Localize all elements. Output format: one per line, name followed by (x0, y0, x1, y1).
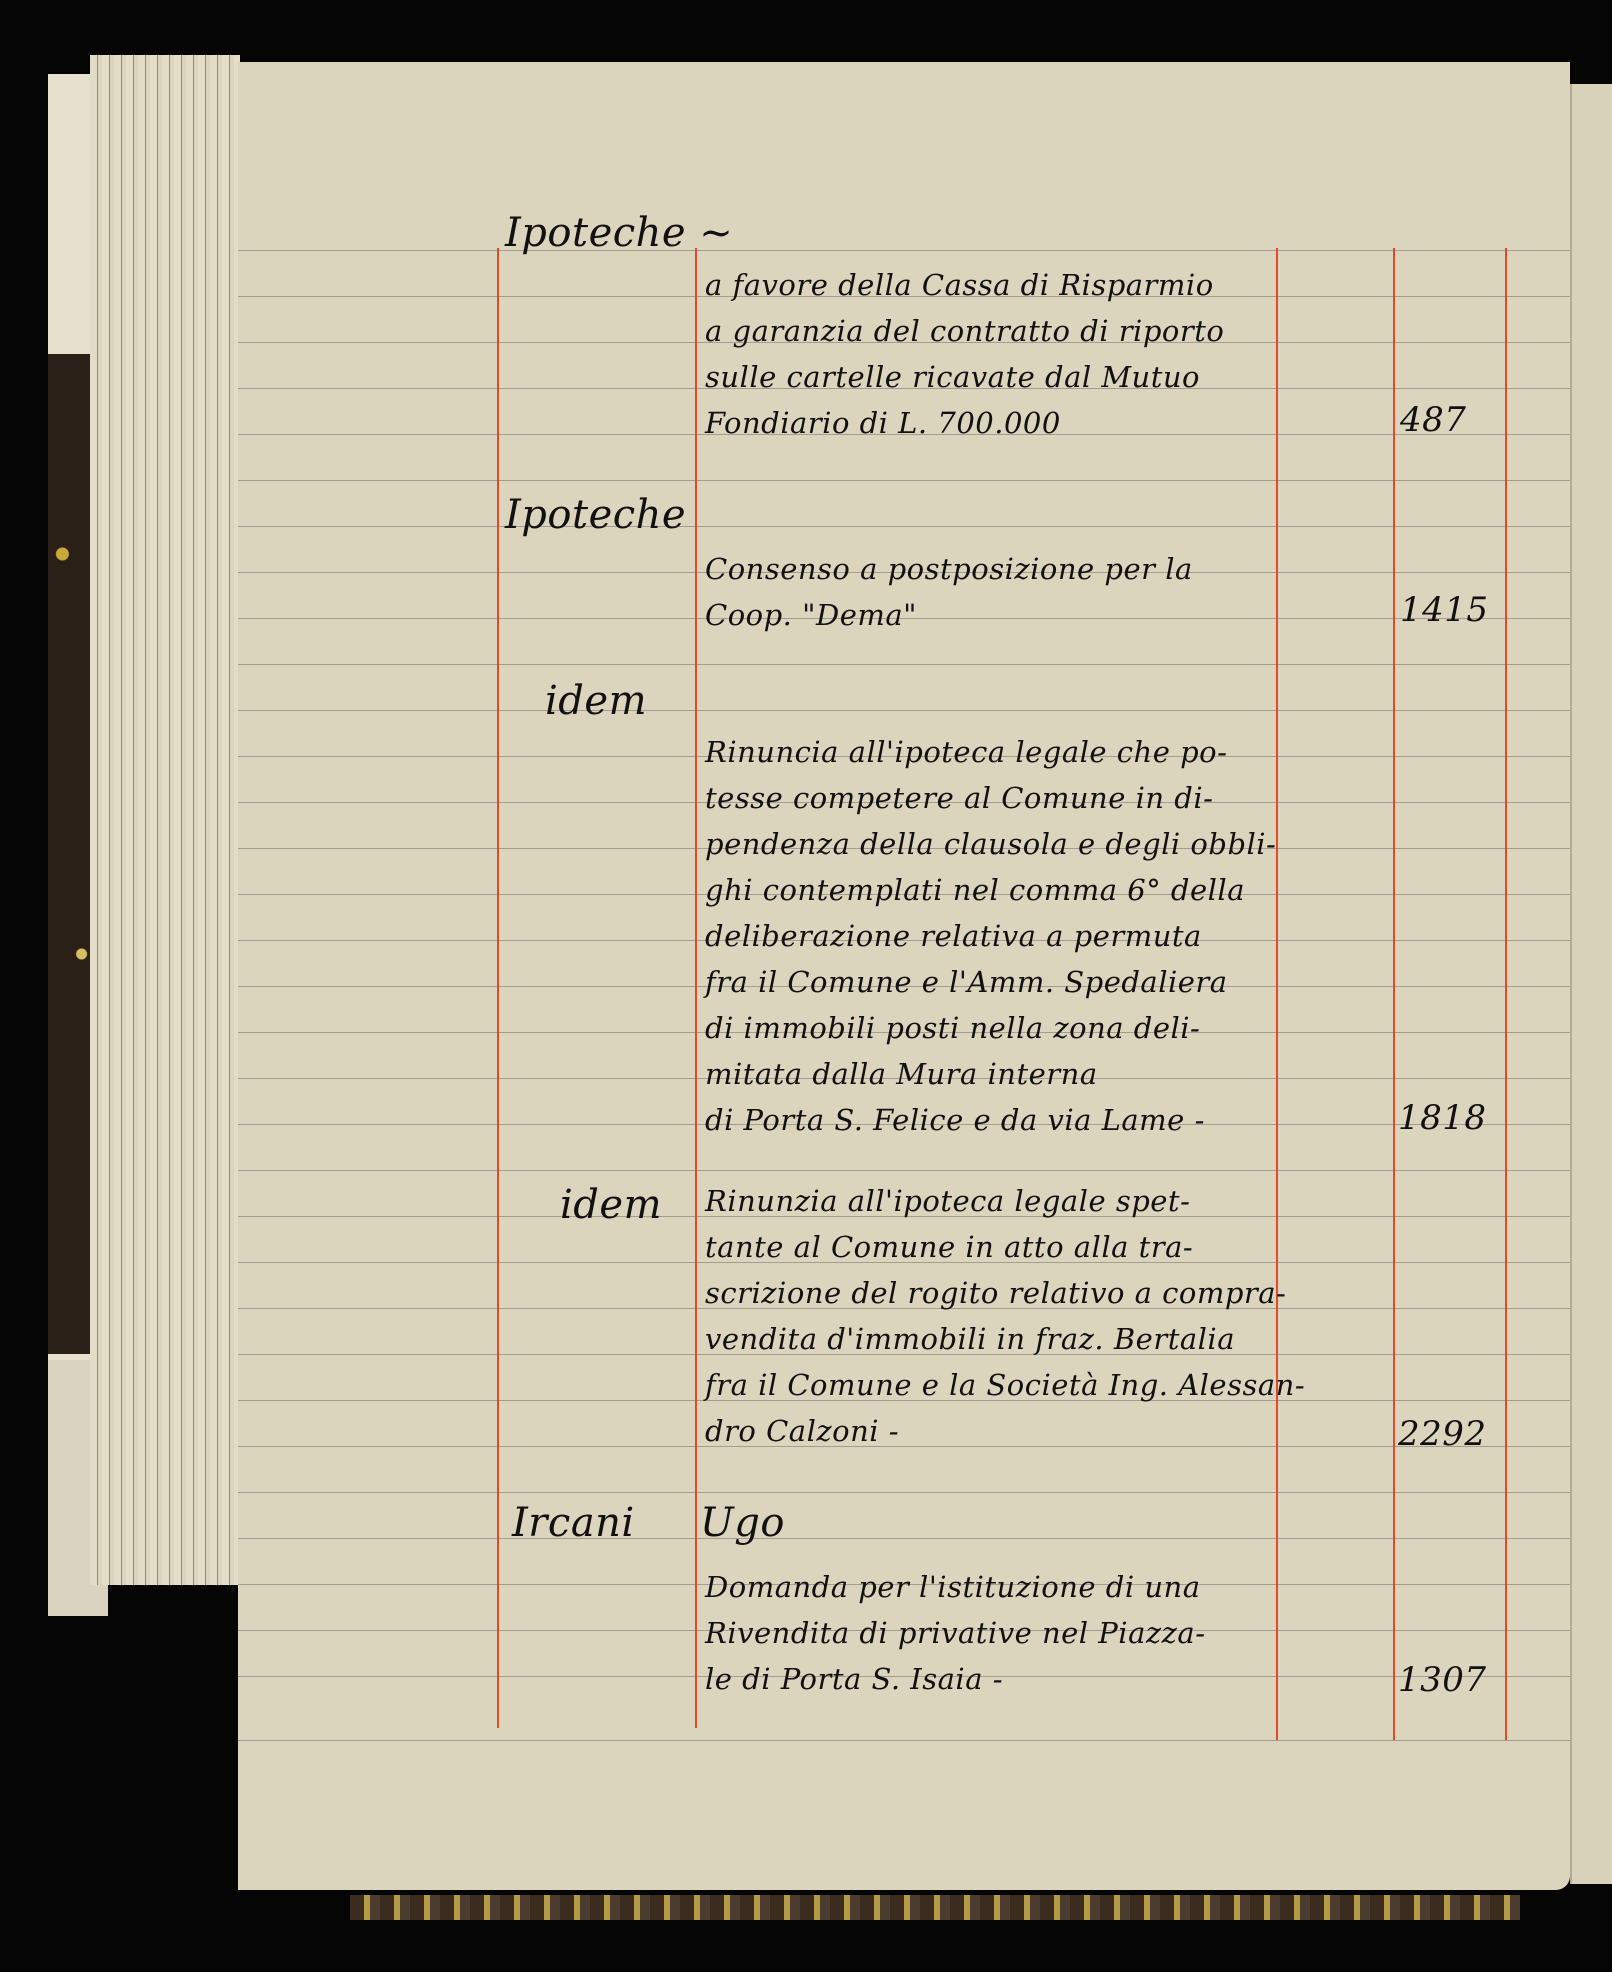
entry-line: Domanda per l'istituzione di una (705, 1570, 1201, 1604)
entry-lemma: Ipoteche (505, 492, 686, 538)
entry-line: fra il Comune e la Società Ing. Alessan- (705, 1368, 1305, 1402)
entry-lemma: idem (545, 678, 647, 724)
page-number: 2292 (1398, 1414, 1487, 1454)
entry-lemma: Ircani (512, 1500, 635, 1546)
entry-line: sulle cartelle ricavate dal Mutuo (705, 360, 1200, 394)
entry-line: fra il Comune e l'Amm. Spedaliera (705, 965, 1228, 999)
entry-line: scrizione del rogito relativo a compra- (705, 1276, 1286, 1310)
entry-line: a favore della Cassa di Risparmio (705, 268, 1214, 302)
page-stack-edges (90, 55, 240, 1585)
page-number: 1415 (1400, 590, 1489, 630)
entry-line: di immobili posti nella zona deli- (705, 1011, 1200, 1045)
entry-line: Consenso a postposizione per la (705, 552, 1193, 586)
entry-line: le di Porta S. Isaia - (705, 1662, 1003, 1696)
page-number: 1818 (1398, 1098, 1487, 1138)
page-number: 1307 (1398, 1660, 1487, 1700)
entry-line: Rinunzia all'ipoteca legale spet- (705, 1184, 1190, 1218)
entry-line: tante al Comune in atto alla tra- (705, 1230, 1193, 1264)
entry-line: Coop. "Dema" (705, 598, 917, 632)
entry-line: pendenza della clausola e degli obbli- (705, 827, 1276, 861)
page-number: 487 (1400, 400, 1466, 440)
entry-line: mitata dalla Mura interna (705, 1057, 1098, 1091)
entry-lemma: idem (560, 1182, 662, 1228)
entry-line: dro Calzoni - (705, 1414, 899, 1448)
entry-line: Rivendita di privative nel Piazza- (705, 1616, 1206, 1650)
entry-lemma: Ipoteche ~ (505, 210, 733, 256)
entry-line: vendita d'immobili in fraz. Bertalia (705, 1322, 1235, 1356)
next-page-edge (1570, 84, 1612, 1884)
entry-line: tesse competere al Comune in di- (705, 781, 1213, 815)
entry-line: ghi contemplati nel comma 6° della (705, 873, 1245, 907)
left-cover-marbled-edge (48, 354, 96, 1354)
entry-line: Rinuncia all'ipoteca legale che po- (705, 735, 1227, 769)
entry-line: di Porta S. Felice e da via Lame - (705, 1103, 1205, 1137)
bottom-marbled-edge (350, 1895, 1520, 1920)
entry-line: Fondiario di L. 700.000 (705, 406, 1061, 440)
entry-line: deliberazione relativa a permuta (705, 919, 1202, 953)
entry-line: a garanzia del contratto di riporto (705, 314, 1224, 348)
entry-sublemma: Ugo (700, 1500, 785, 1546)
